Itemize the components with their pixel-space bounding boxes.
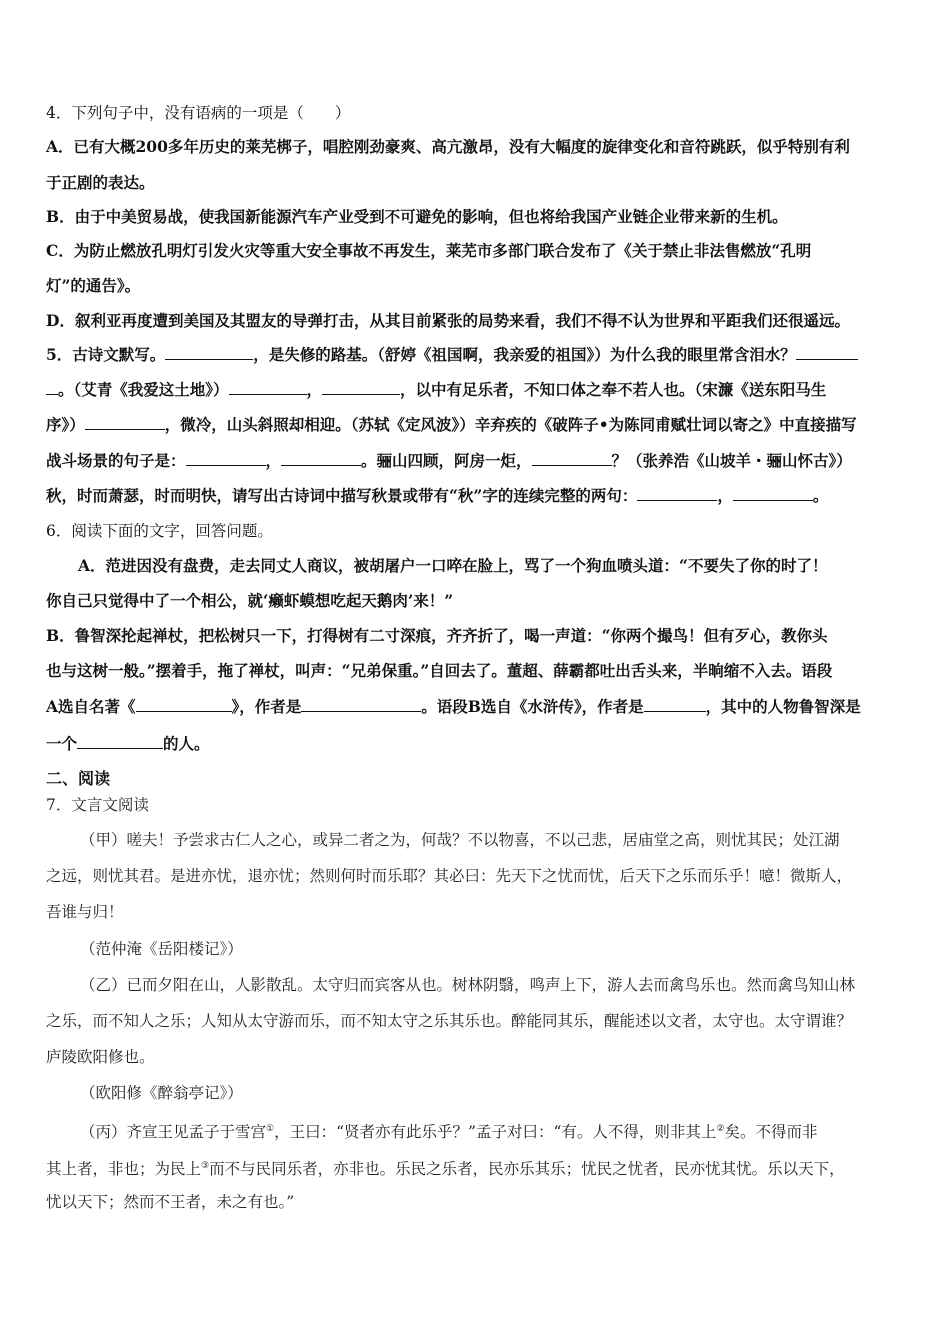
q7-yi-line2: 之乐，而不知人之乐；人知从太守游而乐，而不知太守之乐其乐也。醉能同其乐，醒能述以… bbox=[46, 1011, 852, 1031]
q5-line2-c: ，以中有足乐者，不知口体之奉不若人也。（宋濂《送东阳马生 bbox=[400, 380, 826, 399]
q6-q-b: 》，作者是 bbox=[232, 697, 302, 716]
q7-title: 7．文言文阅读 bbox=[46, 795, 149, 815]
q7-yi-line3: 庐陵欧阳修也。 bbox=[46, 1047, 155, 1067]
q5-line1: 5．古诗文默写。，是失修的路基。（舒婷《祖国啊，我亲爱的祖国》）为什么我的眼里常… bbox=[46, 345, 858, 365]
q7-bing-line3: 忧以天下；然而不王者，未之有也。” bbox=[46, 1192, 294, 1212]
footnote-marker-1: ① bbox=[266, 1124, 274, 1134]
section-title-reading: 二、阅读 bbox=[46, 769, 110, 789]
answer-blank[interactable] bbox=[165, 345, 253, 360]
q4-title: 4．下列句子中，没有语病的一项是（ ） bbox=[46, 103, 350, 123]
footnote-marker-3: ③ bbox=[201, 1161, 209, 1171]
answer-blank[interactable] bbox=[796, 345, 858, 360]
q5-line2-a: 。（艾青《我爱这土地》） bbox=[58, 380, 229, 399]
q7-jia-source: （范仲淹《岳阳楼记》） bbox=[80, 939, 243, 959]
q7-bing-1c: 矣。不得而非 bbox=[724, 1123, 817, 1141]
answer-blank[interactable] bbox=[532, 451, 612, 466]
answer-blank[interactable] bbox=[77, 734, 163, 749]
q5-line2: 。（艾青《我爱这土地》），，以中有足乐者，不知口体之奉不若人也。（宋濂《送东阳马… bbox=[46, 380, 826, 400]
q5-line1-b: ，是失修的路基。（舒婷《祖国啊，我亲爱的祖国》）为什么我的眼里常含泪水？ bbox=[253, 345, 796, 364]
q5-line4-a: 战斗场景的句子是： bbox=[46, 451, 186, 470]
q7-yi-source: （欧阳修《醉翁亭记》） bbox=[80, 1083, 243, 1103]
answer-blank[interactable] bbox=[637, 486, 717, 501]
q6-q-d: ，其中的人物鲁智深是 bbox=[706, 697, 861, 716]
q7-jia-line2: 之远，则忧其君。是进亦忧，退亦忧；然则何时而乐耶？其必曰：先天下之忧而忧，后天下… bbox=[46, 866, 852, 886]
q6-passage-a-line1: A．范进因没有盘费，走去同丈人商议，被胡屠户一口啐在脸上，骂了一个狗血喷头道：“… bbox=[78, 556, 827, 576]
q7-yi-line1: （乙）已而夕阳在山，人影散乱。太守归而宾客从也。树林阴翳，鸣声上下，游人去而禽鸟… bbox=[80, 975, 855, 995]
q6-title: 6．阅读下面的文字，回答问题。 bbox=[46, 521, 273, 541]
q6-passage-a-line2: 你自己只觉得中了一个相公，就‘癞虾蟆想吃起天鹅肉’来！” bbox=[46, 591, 453, 611]
answer-blank[interactable] bbox=[186, 451, 266, 466]
q6-question-line1: A选自名著《》，作者是。语段B选自《水浒传》，作者是，其中的人物鲁智深是 bbox=[46, 697, 861, 717]
q5-line1-a: 5．古诗文默写。 bbox=[46, 345, 165, 364]
q6-passage-b-line2: 也与这树一般。”摆着手，拖了禅杖，叫声：“兄弟保重。”自回去了。董超、薛霸都吐出… bbox=[46, 661, 832, 681]
q6-question-line2: 一个的人。 bbox=[46, 734, 210, 754]
q6-passage-b-line1: B．鲁智深抡起禅杖，把松树只一下，打得树有二寸深痕，齐齐折了，喝一声道：“你两个… bbox=[46, 626, 828, 646]
q5-line4-b: ， bbox=[266, 451, 282, 470]
answer-blank[interactable] bbox=[301, 697, 421, 712]
q5-line5-b: ， bbox=[717, 486, 733, 505]
q5-line5-c: 。 bbox=[813, 486, 829, 505]
q4-option-a-line2: 于正剧的表达。 bbox=[46, 173, 155, 193]
q6-q-f: 的人。 bbox=[163, 734, 210, 753]
q5-line5-a: 秋，时而萧瑟，时而明快，请写出古诗词中描写秋景或带有“秋”字的连续完整的两句： bbox=[46, 486, 637, 505]
q4-option-c-line1: C．为防止燃放孔明灯引发火灾等重大安全事故不再发生，莱芜市多部门联合发布了《关于… bbox=[46, 241, 811, 261]
q7-jia-line3: 吾谁与归！ bbox=[46, 902, 124, 922]
answer-blank[interactable] bbox=[229, 380, 307, 395]
q5-line3-b: ，微冷，山头斜照却相迎。（苏轼《定风波》）辛弃疾的《破阵子•为陈同甫赋壮词以寄之… bbox=[165, 415, 857, 434]
q7-bing-1b: ，王曰：“贤者亦有此乐乎？”孟子对曰：“有。人不得，则非其上 bbox=[274, 1123, 716, 1141]
q4-option-d: D．叙利亚再度遭到美国及其盟友的导弹打击，从其目前紧张的局势来看，我们不得不认为… bbox=[46, 311, 850, 331]
q6-q-a: A选自名著《 bbox=[46, 697, 136, 716]
q7-bing-1a: （丙）齐宣王见孟子于雪宫 bbox=[80, 1123, 266, 1141]
q5-line4-c: 。骊山四顾，阿房一炬， bbox=[361, 451, 532, 470]
q5-line2-b: ， bbox=[307, 380, 323, 399]
answer-blank[interactable] bbox=[136, 697, 232, 712]
q4-option-b: B．由于中美贸易战，使我国新能源汽车产业受到不可避免的影响，但也将给我国产业链企… bbox=[46, 207, 788, 227]
q4-option-c-line2: 灯”的通告》。 bbox=[46, 276, 140, 296]
answer-blank[interactable] bbox=[644, 697, 706, 712]
q7-bing-line1: （丙）齐宣王见孟子于雪宫①，王曰：“贤者亦有此乐乎？”孟子对曰：“有。人不得，则… bbox=[80, 1119, 817, 1142]
q7-jia-line1: （甲）嗟夫！予尝求古仁人之心，或异二者之为，何哉？不以物喜，不以己悲，居庙堂之高… bbox=[80, 830, 840, 850]
exam-page: 4．下列句子中，没有语病的一项是（ ） A．已有大概200多年历史的莱芜梆子，唱… bbox=[0, 0, 950, 1344]
answer-blank[interactable] bbox=[281, 451, 361, 466]
q5-line5: 秋，时而萧瑟，时而明快，请写出古诗词中描写秋景或带有“秋”字的连续完整的两句：，… bbox=[46, 486, 828, 506]
answer-blank[interactable] bbox=[322, 380, 400, 395]
q7-bing-2a: 其上者，非也；为民上 bbox=[46, 1160, 201, 1178]
q6-q-e: 一个 bbox=[46, 734, 77, 753]
q4-option-a-line1: A．已有大概200多年历史的莱芜梆子，唱腔刚劲豪爽、高亢激昂，没有大幅度的旋律变… bbox=[46, 137, 850, 157]
answer-blank[interactable] bbox=[85, 415, 165, 430]
q5-line3-a: 序》） bbox=[46, 415, 85, 434]
q5-line4-d: ？（张养浩《山坡羊・骊山怀古》） bbox=[612, 451, 852, 470]
q5-line3: 序》），微冷，山头斜照却相迎。（苏轼《定风波》）辛弃疾的《破阵子•为陈同甫赋壮词… bbox=[46, 415, 857, 435]
q7-bing-2b: 而不与民同乐者，亦非也。乐民之乐者，民亦乐其乐；忧民之忧者，民亦忧其忧。乐以天下… bbox=[209, 1160, 845, 1178]
q5-line4: 战斗场景的句子是：，。骊山四顾，阿房一炬，？（张养浩《山坡羊・骊山怀古》） bbox=[46, 451, 852, 471]
q6-q-c: 。语段B选自《水浒传》，作者是 bbox=[421, 697, 643, 716]
answer-blank[interactable] bbox=[733, 486, 813, 501]
q7-bing-line2: 其上者，非也；为民上③而不与民同乐者，亦非也。乐民之乐者，民亦乐其乐；忧民之忧者… bbox=[46, 1156, 845, 1179]
answer-blank[interactable] bbox=[46, 380, 58, 395]
